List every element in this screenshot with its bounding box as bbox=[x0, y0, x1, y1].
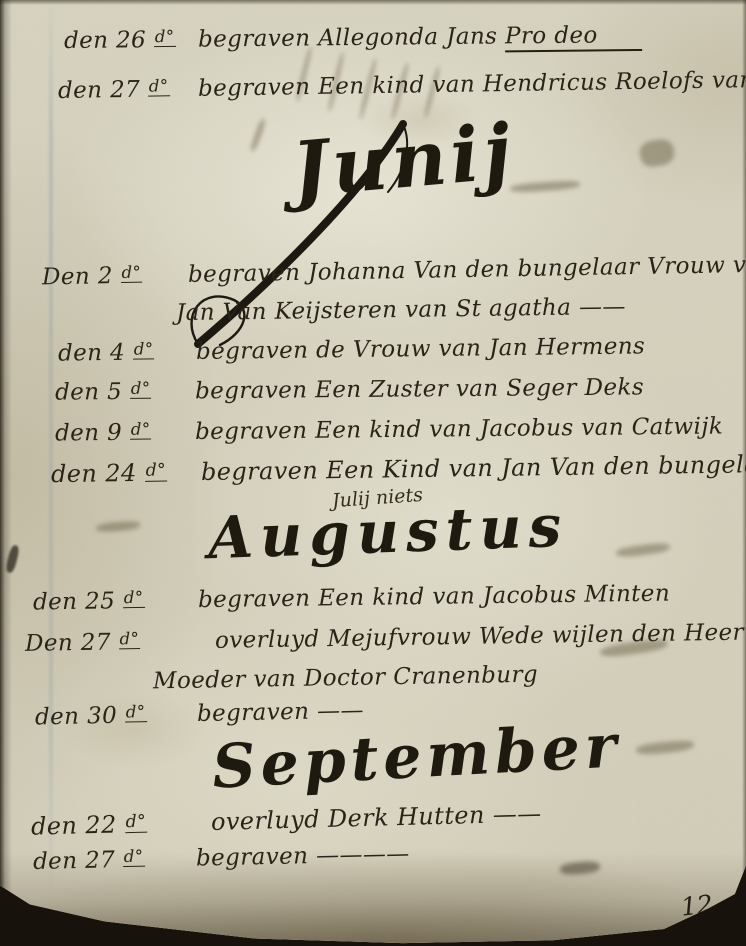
page-number: 12 bbox=[680, 889, 715, 921]
register-entry-continuation: Jan Van Keijsteren van St agatha —— bbox=[176, 294, 626, 326]
entry-date: den 26 d° bbox=[64, 27, 198, 54]
register-entry: Den 27 d°overluyd Mejufvrouw Wede wijlen… bbox=[25, 617, 746, 657]
bleed-through-mark bbox=[249, 118, 266, 152]
manuscript-page: den 26 d°begraven Allegonda Jans Pro deo… bbox=[0, 0, 746, 946]
entry-text: begraven Een Kind van Jan Van den bungel… bbox=[201, 450, 746, 486]
entry-date: den 4 d° bbox=[58, 339, 196, 367]
dito-abbreviation: d° bbox=[154, 27, 176, 47]
register-entry: den 9 d°begraven Een kind van Jacobus va… bbox=[55, 414, 723, 447]
entry-text: begraven Een Zuster van Seger Deks bbox=[195, 374, 644, 404]
entry-date: Den 2 d° bbox=[42, 262, 188, 291]
entry-date: den 9 d° bbox=[55, 419, 195, 446]
page-fold-line bbox=[49, 0, 53, 905]
dito-abbreviation: d° bbox=[123, 847, 145, 867]
entry-date: den 25 d° bbox=[33, 587, 198, 615]
bleed-through-mark bbox=[510, 180, 580, 194]
register-entry: den 25 d°begraven Een kind van Jacobus M… bbox=[33, 581, 670, 616]
month-heading-junij: Junij bbox=[289, 106, 519, 214]
entry-date: den 5 d° bbox=[55, 378, 195, 405]
entry-text: begraven Johanna Van den bungelaar Vrouw… bbox=[188, 252, 746, 288]
dito-abbreviation: d° bbox=[118, 629, 140, 649]
bleed-through-mark bbox=[560, 860, 601, 875]
dito-abbreviation: d° bbox=[124, 812, 147, 834]
register-entry-continuation: Moeder van Doctor Cranenburg bbox=[153, 662, 538, 695]
bleed-through-mark bbox=[616, 542, 671, 559]
register-entry: den 27 d°begraven ———— bbox=[33, 841, 410, 875]
entry-text: overluyd Derk Hutten —— bbox=[211, 799, 542, 836]
entry-date: den 27 d° bbox=[58, 76, 198, 104]
dito-abbreviation: d° bbox=[130, 379, 152, 399]
entry-text: begraven de Vrouw van Jan Hermens bbox=[196, 333, 645, 364]
dito-abbreviation: d° bbox=[144, 461, 167, 482]
entry-note-pro-deo: Pro deo bbox=[505, 22, 642, 52]
bleed-through-mark bbox=[636, 739, 695, 756]
register-entry: Den 2 d°begraven Johanna Van den bungela… bbox=[42, 252, 746, 291]
entry-text: begraven Een kind van Jacobus Minten bbox=[198, 581, 670, 614]
entry-text: begraven Allegonda Jans bbox=[198, 23, 498, 52]
entry-date: den 24 d° bbox=[51, 458, 201, 488]
entry-date: den 30 d° bbox=[35, 701, 198, 730]
dito-abbreviation: d° bbox=[130, 419, 152, 439]
ink-smudge bbox=[5, 544, 21, 573]
entry-text: begraven Een kind van Hendricus Roelofs … bbox=[198, 66, 746, 102]
dito-abbreviation: d° bbox=[120, 263, 142, 283]
register-entry: den 24 d°begraven Een Kind van Jan Van d… bbox=[51, 450, 746, 488]
dito-abbreviation: d° bbox=[133, 339, 155, 359]
register-entry: den 27 d°begraven Een kind van Hendricus… bbox=[58, 66, 746, 104]
bleed-through-mark bbox=[638, 137, 676, 169]
entry-text: begraven —— bbox=[197, 698, 364, 727]
register-entry: den 26 d°begraven Allegonda Jans Pro deo bbox=[64, 22, 642, 54]
register-entry: den 30 d°begraven —— bbox=[35, 698, 364, 731]
dito-abbreviation: d° bbox=[125, 702, 147, 722]
entry-date: den 27 d° bbox=[33, 846, 197, 875]
entry-date: Den 27 d° bbox=[25, 628, 215, 657]
register-entry: den 4 d°begraven de Vrouw van Jan Hermen… bbox=[58, 333, 645, 366]
dito-abbreviation: d° bbox=[148, 76, 170, 96]
dito-abbreviation: d° bbox=[123, 588, 145, 608]
entry-date: den 22 d° bbox=[31, 808, 212, 841]
bleed-through-mark bbox=[96, 520, 141, 533]
entry-text: overluyd Mejufvrouw Wede wijlen den Heer… bbox=[215, 617, 746, 654]
month-heading-augustus: Augustus bbox=[207, 492, 569, 573]
entry-text: begraven ———— bbox=[196, 841, 410, 871]
register-entry: den 5 d°begraven Een Zuster van Seger De… bbox=[55, 374, 644, 405]
register-entry: den 22 d°overluyd Derk Hutten —— bbox=[31, 799, 542, 840]
entry-text: begraven Een kind van Jacobus van Catwij… bbox=[195, 414, 723, 446]
